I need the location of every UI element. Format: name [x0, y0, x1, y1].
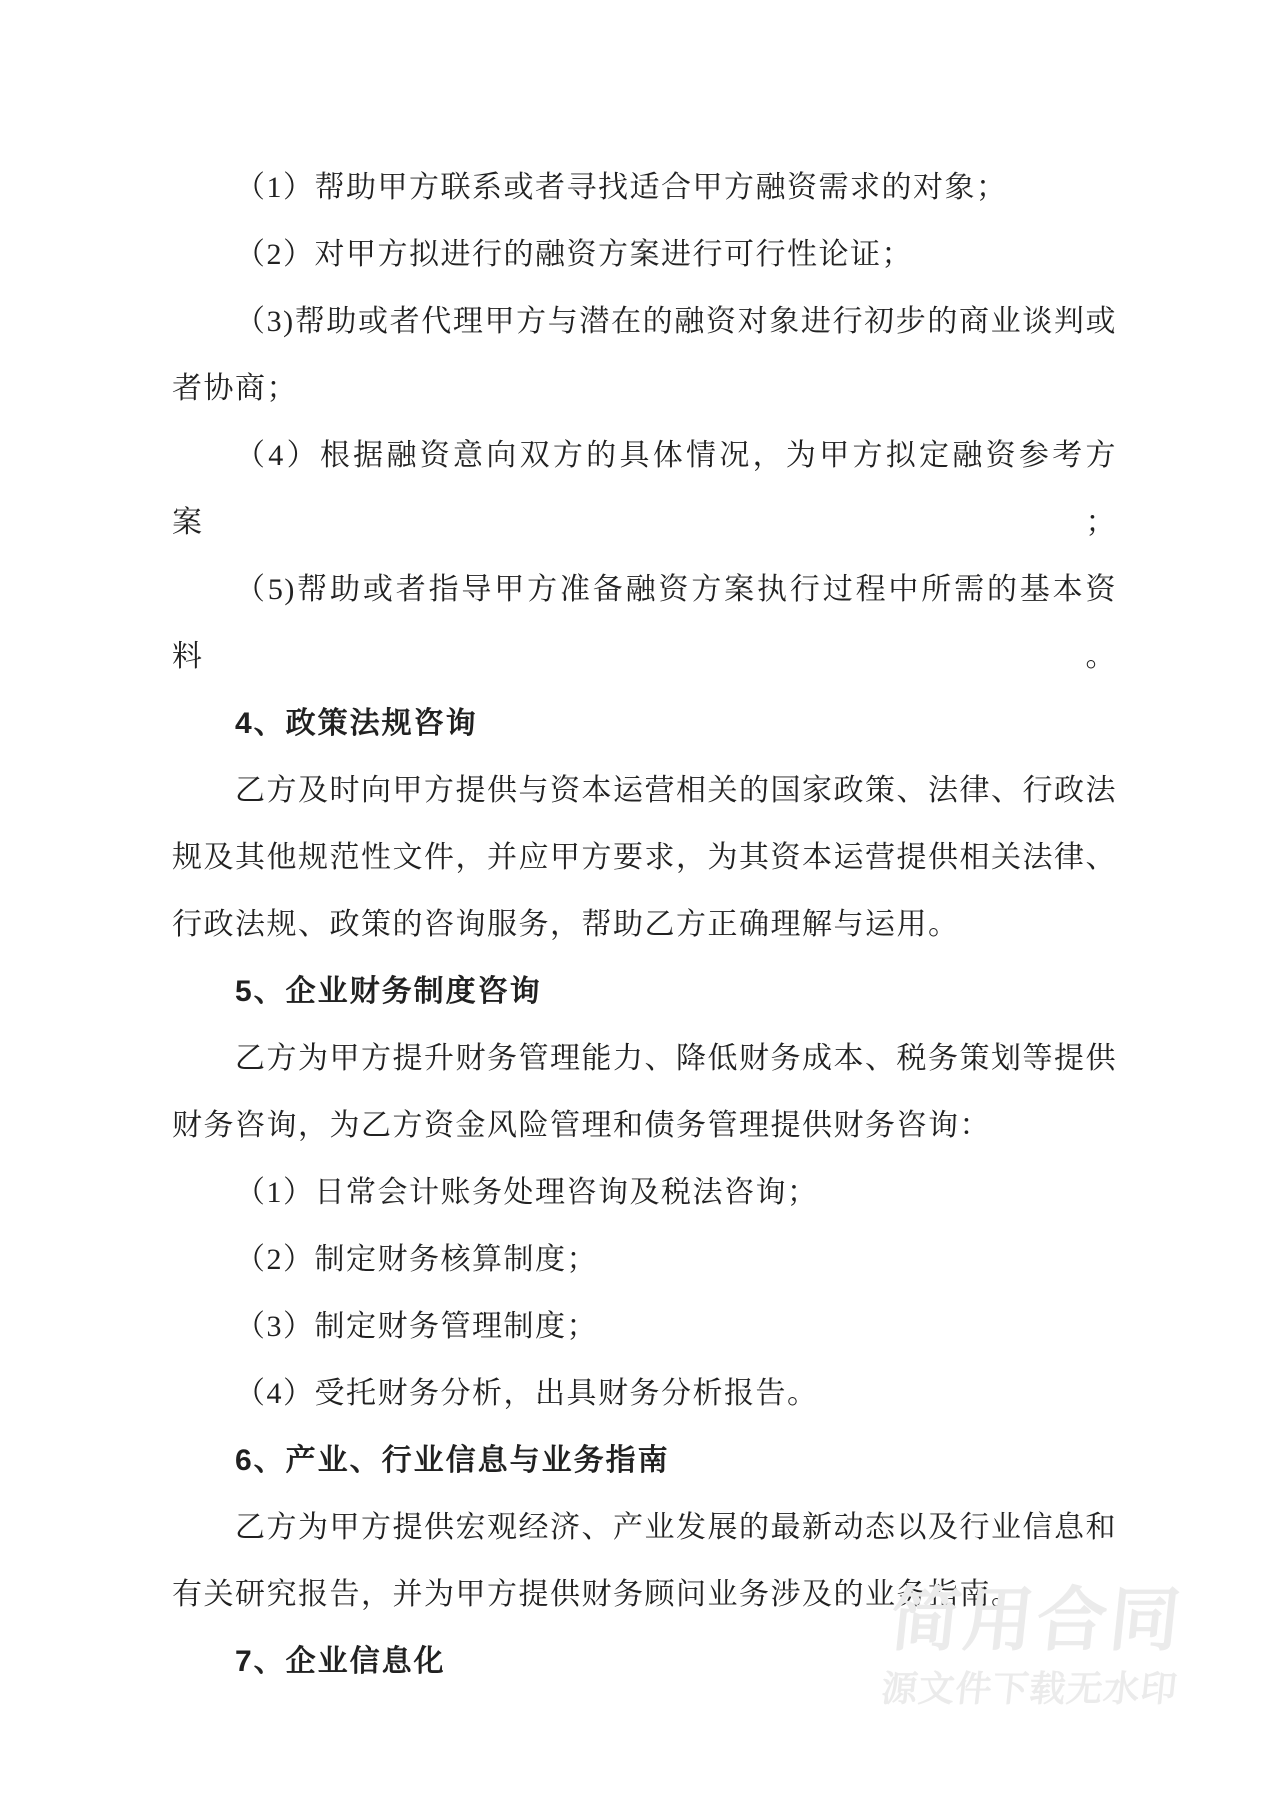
list-item-financing-5: （5)帮助或者指导甲方准备融资方案执行过程中所需的基本资料。 — [172, 556, 1117, 690]
watermark: 简用合同 源文件下载无水印 — [877, 1583, 1190, 1709]
section-5-paragraph-line-1: 乙方为甲方提升财务管理能力、降低财务成本、税务策划等提供 — [172, 1025, 1117, 1092]
list-item-financing-3: （3)帮助或者代理甲方与潜在的融资对象进行初步的商业谈判或 — [172, 288, 1117, 355]
list-item-financing-1: （1）帮助甲方联系或者寻找适合甲方融资需求的对象； — [172, 154, 1117, 221]
list-item-finance-2: （2）制定财务核算制度； — [172, 1226, 1117, 1293]
section-heading-5: 5、企业财务制度咨询 — [172, 958, 1117, 1025]
watermark-tagline-text: 源文件下载无水印 — [877, 1669, 1181, 1709]
list-item-finance-4: （4）受托财务分析，出具财务分析报告。 — [172, 1360, 1117, 1427]
section-4-paragraph-line-2: 规及其他规范性文件，并应甲方要求，为其资本运营提供相关法律、 — [172, 824, 1117, 891]
list-item-financing-4: （4）根据融资意向双方的具体情况，为甲方拟定融资参考方案； — [172, 422, 1117, 556]
section-4-paragraph-line-1: 乙方及时向甲方提供与资本运营相关的国家政策、法律、行政法 — [172, 757, 1117, 824]
list-item-finance-1: （1）日常会计账务处理咨询及税法咨询； — [172, 1159, 1117, 1226]
document-body: （1）帮助甲方联系或者寻找适合甲方融资需求的对象； （2）对甲方拟进行的融资方案… — [172, 154, 1117, 1695]
list-item-financing-2: （2）对甲方拟进行的融资方案进行可行性论证； — [172, 221, 1117, 288]
section-6-paragraph-line-1: 乙方为甲方提供宏观经济、产业发展的最新动态以及行业信息和 — [172, 1494, 1117, 1561]
section-heading-4: 4、政策法规咨询 — [172, 690, 1117, 757]
section-heading-6: 6、产业、行业信息与业务指南 — [172, 1427, 1117, 1494]
contract-document-page: （1）帮助甲方联系或者寻找适合甲方融资需求的对象； （2）对甲方拟进行的融资方案… — [0, 0, 1280, 1810]
list-item-finance-3: （3）制定财务管理制度； — [172, 1293, 1117, 1360]
section-5-paragraph-line-2: 财务咨询，为乙方资金风险管理和债务管理提供财务咨询： — [172, 1092, 1117, 1159]
watermark-brand-text: 简用合同 — [883, 1583, 1191, 1657]
list-item-financing-3-cont: 者协商； — [172, 355, 1117, 422]
section-4-paragraph-line-3: 行政法规、政策的咨询服务，帮助乙方正确理解与运用。 — [172, 891, 1117, 958]
